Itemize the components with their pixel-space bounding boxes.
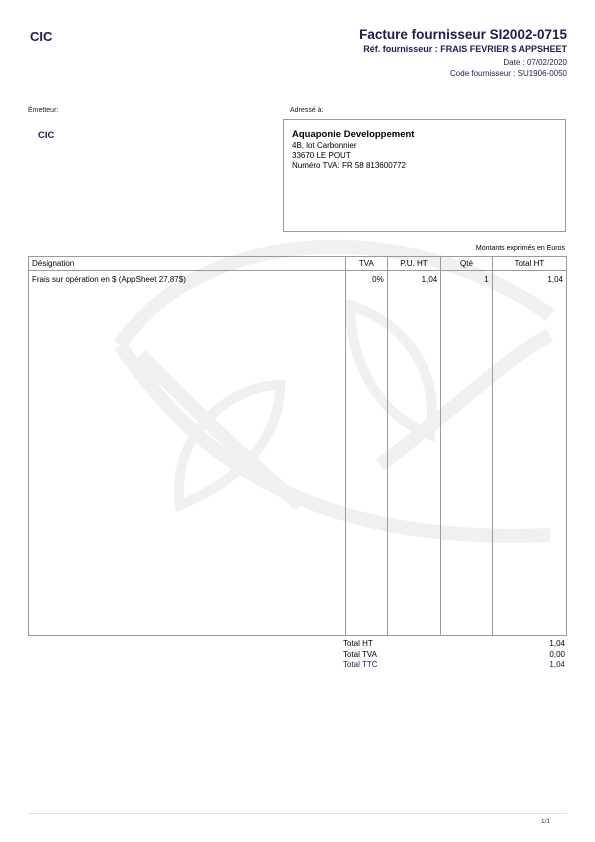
- total-tva-label: Total TVA: [343, 650, 377, 661]
- totals-block: Total HT 1,04 Total TVA 0,00 Total TTC 1…: [343, 639, 565, 671]
- supplier-reference: Réf. fournisseur : FRAIS FEVRIER $ APPSH…: [363, 44, 567, 54]
- company-name: CIC: [30, 29, 52, 44]
- total-ht-row: Total HT 1,04: [343, 639, 565, 650]
- recipient-address-line2: 33670 LE POUT: [292, 151, 565, 161]
- recipient-name: Aquaponie Developpement: [292, 129, 565, 141]
- total-ht-value: 1,04: [549, 639, 565, 650]
- cell-designation: Frais sur opération en $ (AppSheet 27,87…: [29, 271, 346, 288]
- table-filler-row: [29, 287, 567, 636]
- cell-quantity: 1: [441, 271, 493, 288]
- cell-tva: 0%: [345, 271, 387, 288]
- total-ht-label: Total HT: [343, 639, 373, 650]
- column-header-unit-price: P.U. HT: [387, 257, 441, 271]
- invoice-date: Date : 07/02/2020: [503, 58, 567, 67]
- sender-label: Émetteur:: [28, 107, 58, 114]
- total-ttc-row: Total TTC 1,04: [343, 660, 565, 671]
- recipient-vat-number: Numéro TVA: FR 58 813600772: [292, 161, 565, 171]
- table-row: Frais sur opération en $ (AppSheet 27,87…: [29, 271, 567, 288]
- column-header-designation: Désignation: [29, 257, 346, 271]
- column-header-total-ht: Total HT: [492, 257, 566, 271]
- total-ttc-value: 1,04: [549, 660, 565, 671]
- cell-total-ht: 1,04: [492, 271, 566, 288]
- table-header-row: Désignation TVA P.U. HT Qté Total HT: [29, 257, 567, 271]
- recipient-address-line1: 4B, lot Carbonnier: [292, 141, 565, 151]
- total-ttc-label: Total TTC: [343, 660, 378, 671]
- total-tva-row: Total TVA 0,00: [343, 650, 565, 661]
- invoice-title: Facture fournisseur SI2002-0715: [359, 27, 567, 42]
- column-header-tva: TVA: [345, 257, 387, 271]
- invoice-lines-table: Désignation TVA P.U. HT Qté Total HT Fra…: [28, 256, 567, 636]
- footer-divider: [28, 813, 567, 814]
- total-tva-value: 0,00: [549, 650, 565, 661]
- recipient-address-box: Aquaponie Developpement 4B, lot Carbonni…: [283, 119, 566, 232]
- page-number: 1/1: [541, 818, 550, 825]
- cell-unit-price: 1,04: [387, 271, 441, 288]
- column-header-quantity: Qté: [441, 257, 493, 271]
- sender-name: CIC: [38, 130, 54, 141]
- currency-note: Montants exprimés en Euros: [476, 245, 565, 252]
- recipient-label: Adressé à:: [290, 107, 323, 114]
- supplier-code: Code fournisseur : SU1906-0050: [450, 69, 567, 78]
